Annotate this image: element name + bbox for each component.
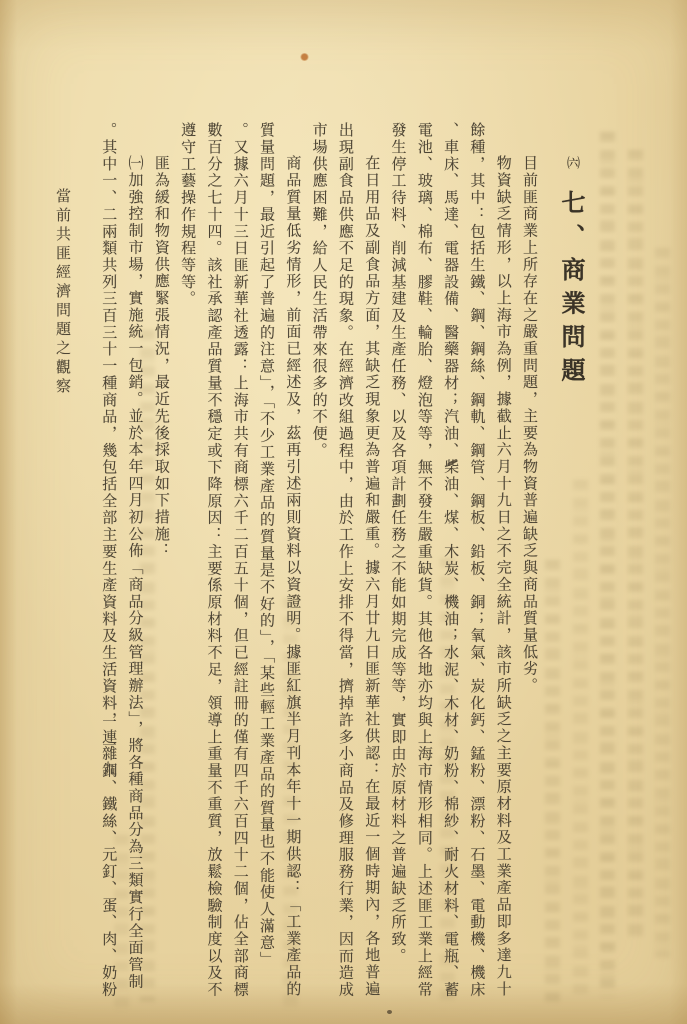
text-column: 商品質量低劣情形，前面已經述及，茲再引述兩則資料以資證明。據匪紅旗半月刊本年十一…	[280, 122, 306, 1002]
paper-stain	[300, 53, 309, 61]
text-column: 出現副食品供應不足的現象。在經濟改組過程中，由於工作上安排不得當，擠掉許多小商品…	[333, 122, 359, 1002]
text-columns: ㈥ 七、商業問題 目前匪商業上所存在之嚴重問題，主要為物資普遍缺乏與商品質量低劣…	[96, 122, 593, 1002]
section-title: 七、商業問題	[557, 190, 586, 391]
text-column: 電池、玻璃、棉布、膠鞋、輪胎、燈泡等等，無不發生嚴重缺貨。其他各地亦均與上海市情…	[412, 122, 438, 1002]
ink-bleed-through	[655, 248, 670, 958]
section-number-mark: ㈥	[564, 156, 579, 169]
text-column: 。其中一、二兩類共列三百三十一種商品，幾包括全部主要生產資料及生活資料，連雜銅、…	[96, 122, 122, 1002]
text-column: 、車床、馬達、電器設備、醫藥器材；汽油、柴油、煤、木炭、機油；水泥、木材、奶粉、…	[438, 122, 464, 1002]
running-title: 當前共匪經濟問題之觀察	[53, 188, 74, 397]
scanned-document-page: ㈥ 七、商業問題 目前匪商業上所存在之嚴重問題，主要為物資普遍缺乏與商品質量低劣…	[0, 0, 687, 1024]
text-column: ㈠加強控制市場，實施統一包銷。並於本年四月初公佈「商品分級管理辦法」，將各種商品…	[122, 122, 148, 1002]
text-column: 匪為緩和物資供應緊張情況，最近先後採取如下措施：	[149, 122, 175, 1002]
page-number: 一一九	[98, 714, 119, 785]
ink-speck	[387, 1010, 392, 1014]
text-column: 目前匪商業上所存在之嚴重問題，主要為物資普遍缺乏與商品質量低劣。	[517, 122, 543, 1002]
text-column: 遵守工藝操作規程等等。	[175, 122, 201, 1002]
ink-bleed-through	[600, 132, 615, 997]
section-title-column: ㈥ 七、商業問題	[549, 122, 593, 1002]
text-column: 市場供應困難，給人民生活帶來很多的不便。	[306, 122, 332, 1002]
text-column: 發生停工待料、削減基建及生產任務、以及各項計劃任務之不能如期完成等等，實即由於原…	[385, 122, 411, 1002]
text-column: 質量問題，最近引起了普遍的注意」，「不少工業產品的質量是不好的」，「某些輕工業產…	[254, 122, 280, 1002]
text-column: 。又據六月十三日匪新華社透露：上海市共有商標六千二百五十個，但已經註冊的僅有四千…	[227, 122, 253, 1002]
text-column: 物資缺乏情形，以上海市為例，據截止六月十九日之不完全統計，該市所缺乏之主要原材料…	[490, 122, 516, 1002]
text-column: 在日用品及副食品方面，其缺乏現象更為普遍和嚴重。據六月廿九日匪新華社供認：在最近…	[359, 122, 385, 1002]
text-column: 餘種，其中：包括生鐵、鋼、鋼絲、鋼軌、鋼管、鋼板、鉛板、銅；氧氣、炭化鈣、錳粉、…	[464, 122, 490, 1002]
ink-bleed-through	[628, 150, 643, 940]
text-column: 數百分之七十四。該社承認產品質量不穩定或下降原因：主要係原材料不足，領導上重量不…	[201, 122, 227, 1002]
